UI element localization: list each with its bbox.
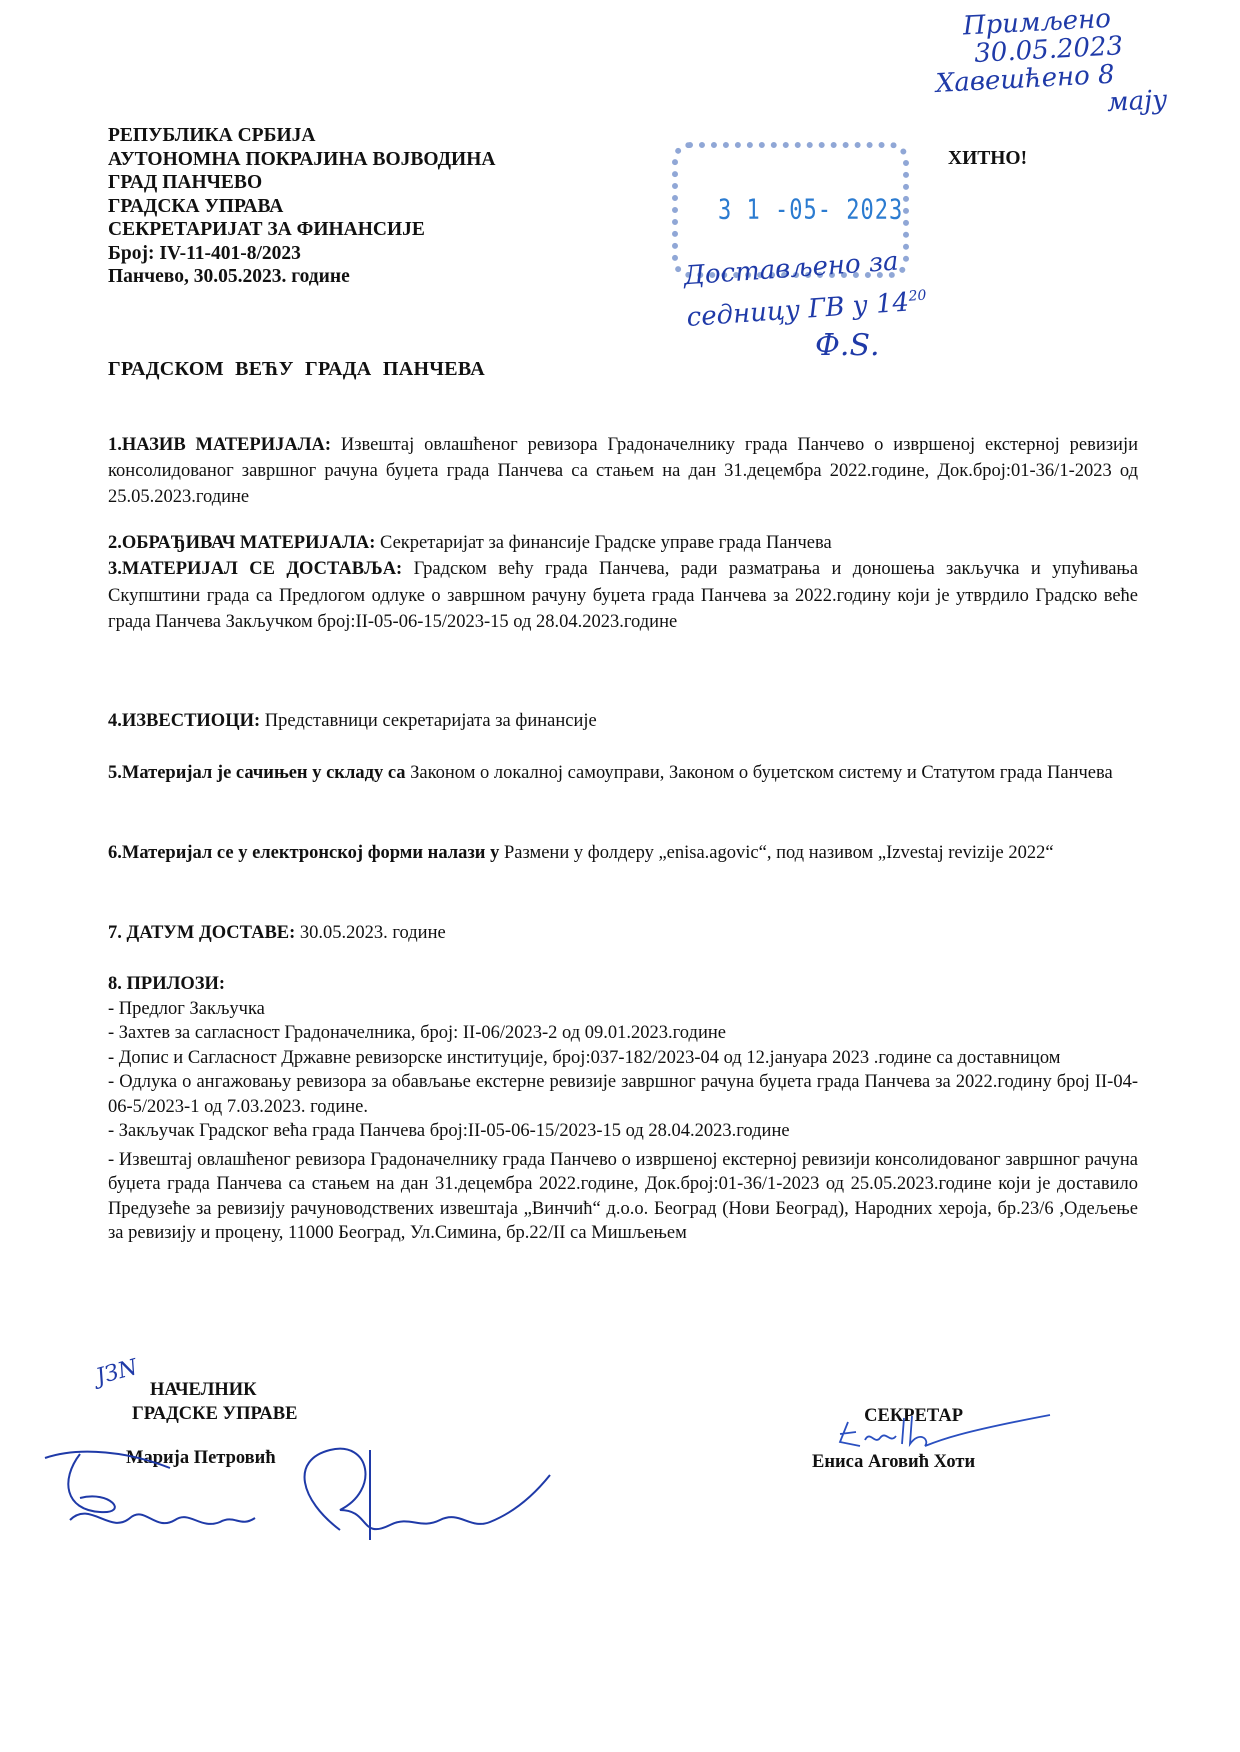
addressee: ГРАДСКОМ ВЕЋУ ГРАДА ПАНЧЕВА: [108, 358, 485, 381]
item-legal-basis: 5.Материјал је сачињен у складу са Закон…: [108, 760, 1138, 786]
header-line-province: АУТОНОМНА ПОКРАЈИНА ВОЈВОДИНА: [108, 148, 495, 172]
item-reporters: 4.ИЗВЕСТИОЦИ: Представници секретаријата…: [108, 708, 1138, 734]
item-text: Законом о локалној самоуправи, Законом о…: [410, 763, 1113, 783]
header-line-republic: РЕПУБЛИКА СРБИЈА: [108, 124, 495, 148]
item-text: Представници секретаријата за финансије: [265, 711, 597, 731]
attachments-title: 8. ПРИЛОЗИ:: [108, 974, 225, 994]
item-label: 7. ДАТУМ ДОСТАВЕ:: [108, 923, 295, 943]
item-label: 1.НАЗИВ МАТЕРИЈАЛА:: [108, 435, 331, 455]
attachment-item: - Одлука о ангажовању ревизора за обавља…: [108, 1070, 1138, 1119]
item-delivery-date: 7. ДАТУМ ДОСТАВЕ: 30.05.2023. године: [108, 920, 1138, 946]
stamp-date: 3 1 -05- 2023: [718, 195, 903, 226]
item-label: 2.ОБРАЂИВАЧ МАТЕРИЈАЛА:: [108, 533, 375, 553]
item-text: Размени у фолдеру „enisa.agovic“, под на…: [504, 843, 1054, 863]
attachment-item: - Извештај овлашћеног ревизора Градоначе…: [108, 1148, 1138, 1246]
handwritten-received-note: Примљено 30.05.2023 Хавешћено 8 мају: [932, 2, 1168, 126]
item-text: 30.05.2023. године: [300, 923, 446, 943]
item-label: 6.Материјал се у електронској форми нала…: [108, 843, 499, 863]
attachment-item: - Допис и Сагласност Државне ревизорске …: [108, 1046, 1138, 1071]
header-line-city: ГРАД ПАНЧЕВО: [108, 171, 495, 195]
attachment-item: - Захтев за сагласност Градоначелника, б…: [108, 1021, 1138, 1046]
handwritten-initials: Ф.Ѕ.: [815, 328, 880, 363]
item-material-delivered-to: 3.МАТЕРИЈАЛ СЕ ДОСТАВЉА: Градском већу г…: [108, 556, 1138, 636]
signatory-title: ГРАДСКЕ УПРАВЕ: [132, 1402, 297, 1426]
signature-scribble-left: [40, 1440, 560, 1550]
item-label: 4.ИЗВЕСТИОЦИ:: [108, 711, 260, 731]
item-electronic-location: 6.Материјал се у електронској форми нала…: [108, 840, 1138, 866]
attachment-item: - Предлог Закључка: [108, 997, 1138, 1022]
document-number: Број: IV-11-401-8/2023: [108, 242, 495, 266]
item-material-processor: 2.ОБРАЂИВАЧ МАТЕРИЈАЛА: Секретаријат за …: [108, 530, 1138, 556]
item-label: 3.МАТЕРИЈАЛ СЕ ДОСТАВЉА:: [108, 559, 402, 579]
attachments-section: 8. ПРИЛОЗИ: - Предлог Закључка - Захтев …: [108, 972, 1138, 1246]
item-label: 5.Материјал је сачињен у складу са: [108, 763, 406, 783]
item-text: Секретаријат за финансије Градске управе…: [380, 533, 832, 553]
header-line-administration: ГРАДСКА УПРАВА: [108, 195, 495, 219]
document-date: Панчево, 30.05.2023. године: [108, 265, 495, 289]
handwritten-delivery-note: Достављено за седницу ГВ у 1420: [683, 242, 928, 336]
signatory-title: НАЧЕЛНИК: [150, 1378, 297, 1402]
issuer-header: РЕПУБЛИКА СРБИЈА АУТОНОМНА ПОКРАЈИНА ВОЈ…: [108, 124, 495, 289]
attachment-item: - Закључак Градског већа града Панчева б…: [108, 1119, 1138, 1144]
item-material-name: 1.НАЗИВ МАТЕРИЈАЛА: Извештај овлашћеног …: [108, 432, 1138, 510]
urgent-label: ХИТНО!: [948, 148, 1027, 170]
header-line-secretariat: СЕКРЕТАРИЈАТ ЗА ФИНАНСИЈЕ: [108, 218, 495, 242]
signature-scribble-right: [820, 1410, 1060, 1460]
